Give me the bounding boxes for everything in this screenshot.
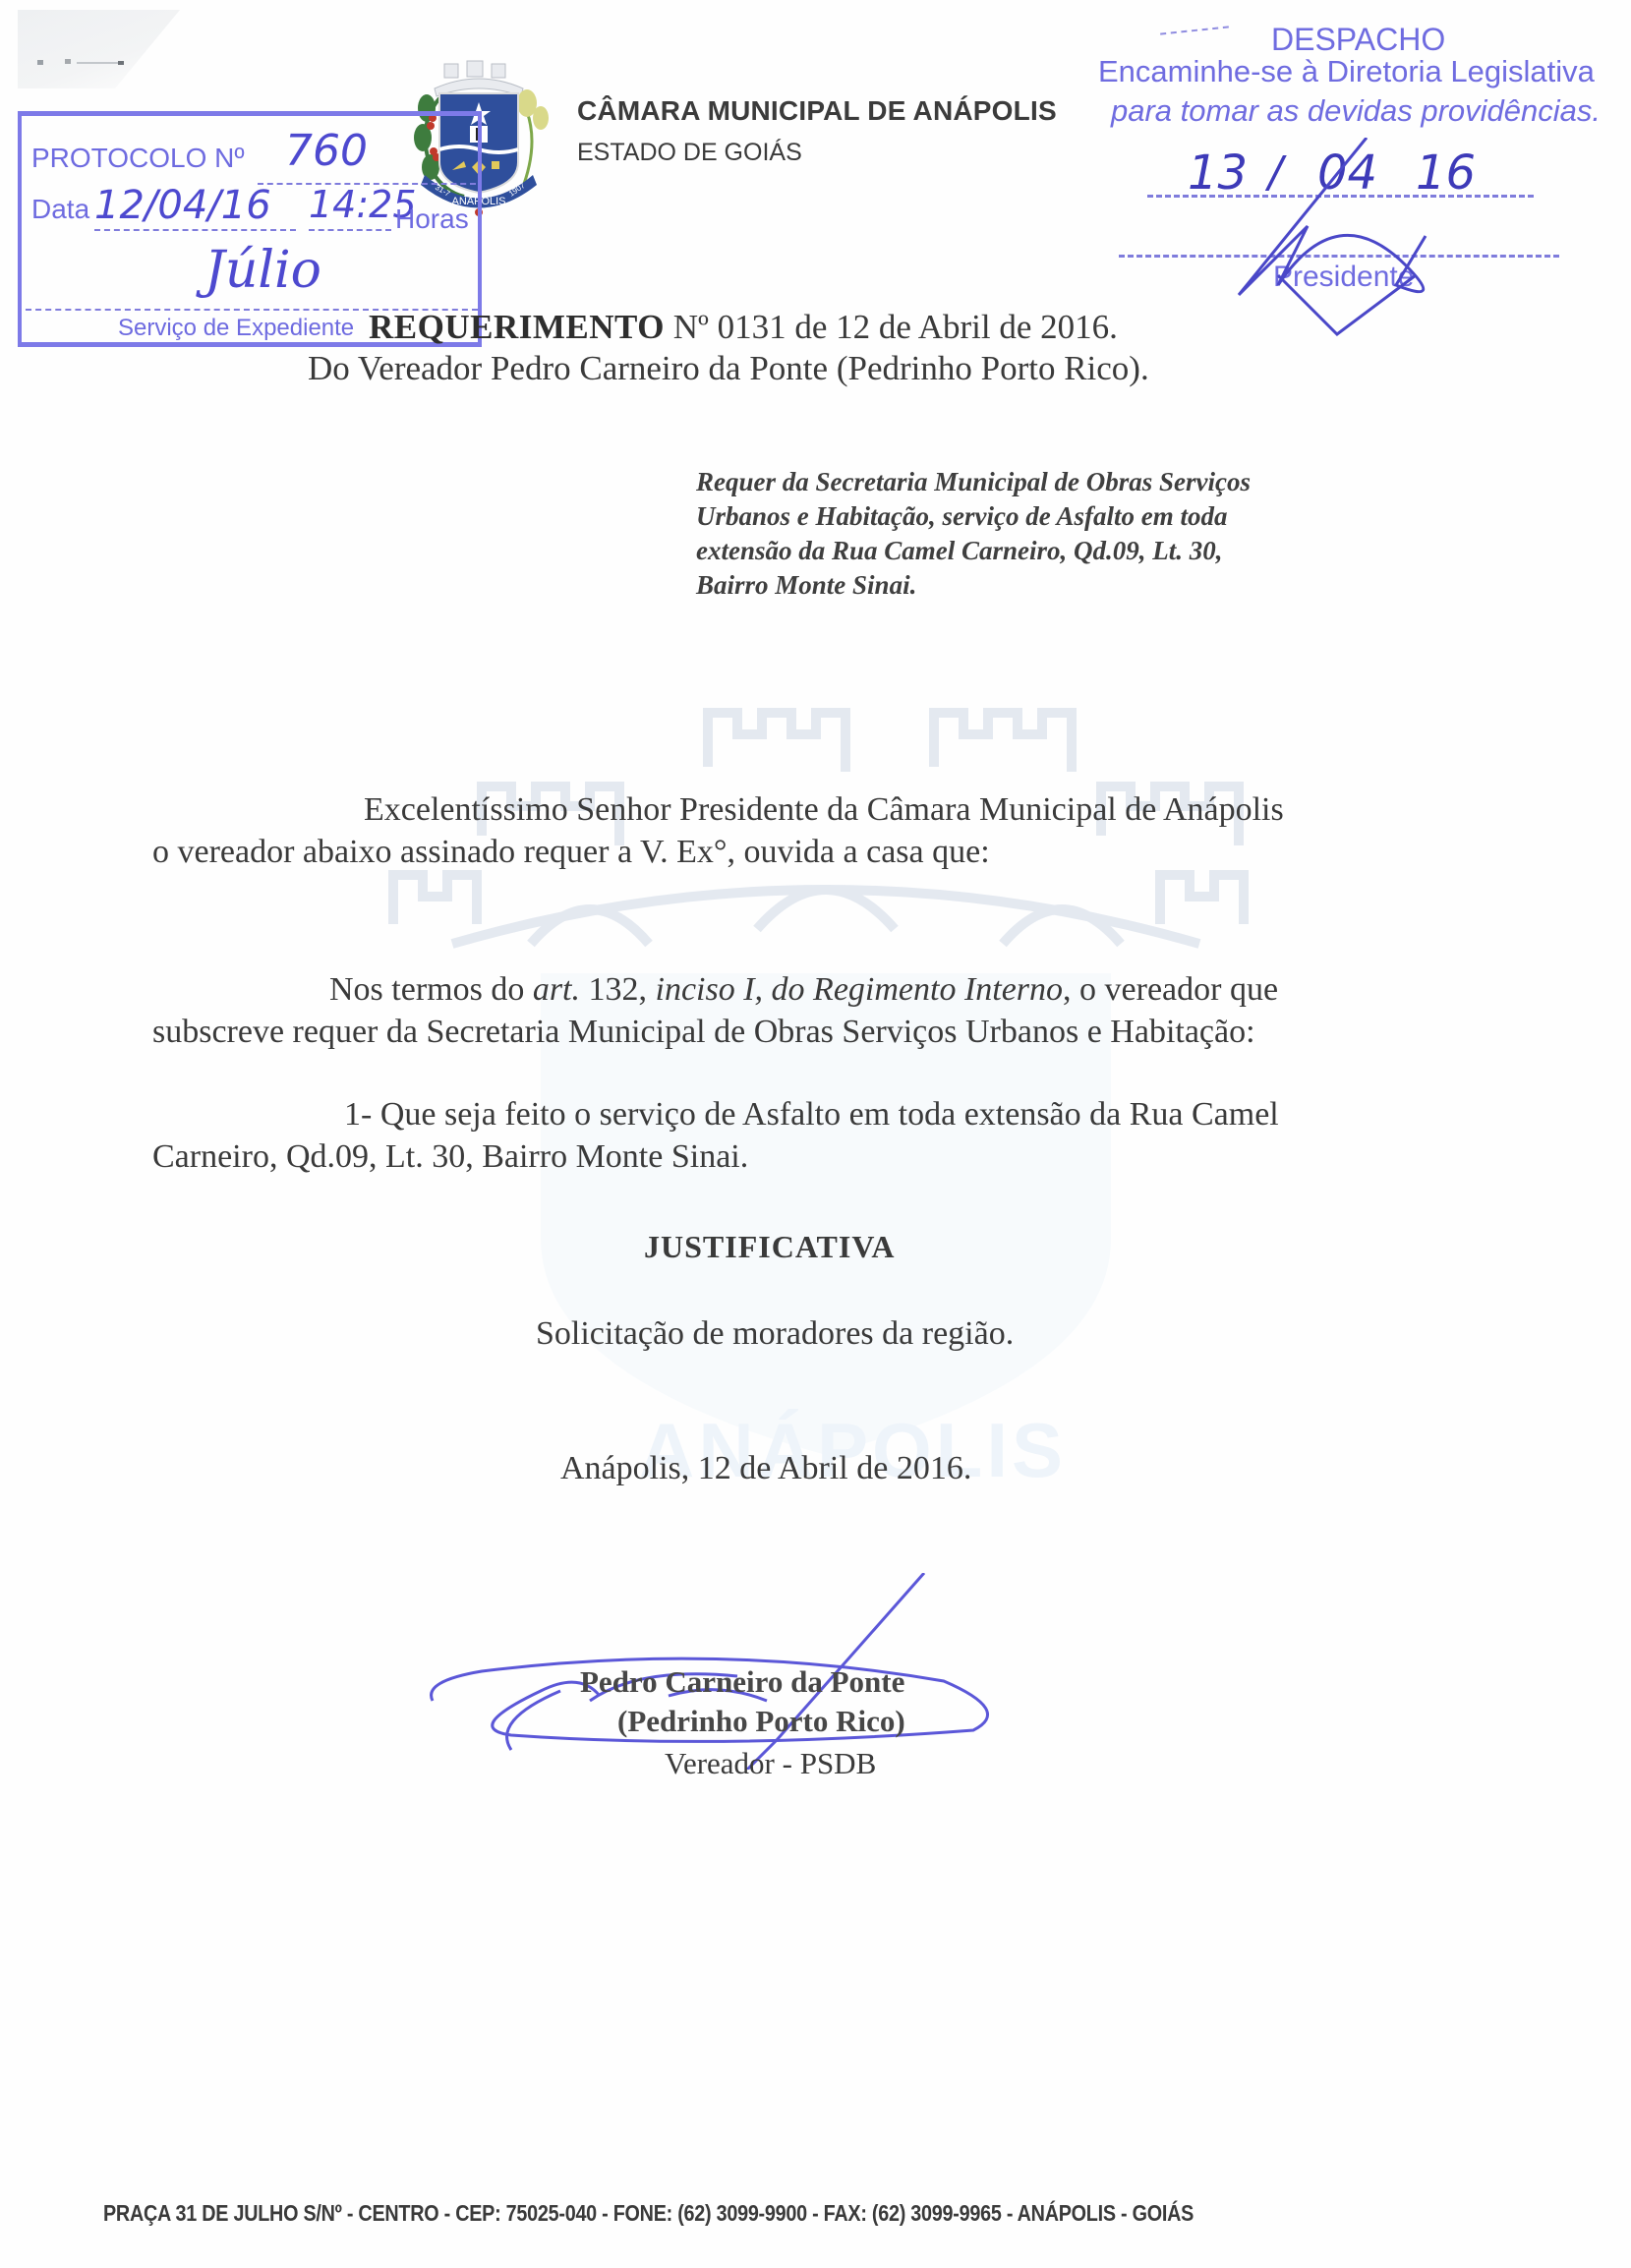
staple-shadow	[18, 10, 180, 88]
justification-text: Solicitação de moradores da região.	[536, 1315, 1014, 1353]
place-date: Anápolis, 12 de Abril de 2016.	[560, 1450, 971, 1487]
president-signature-icon	[1219, 138, 1504, 344]
document-page: ANÁPOLIS ANÁPOLIS 31-7 1907 CÂMAR	[0, 0, 1631, 2268]
footer-address: PRAÇA 31 DE JULHO S/Nº - CENTRO - CEP: 7…	[103, 2200, 1194, 2227]
request-item-line-1: 1- Que seja feito o serviço de Asfalto e…	[344, 1096, 1279, 1134]
document-type: REQUERIMENTO	[369, 308, 665, 346]
terms-line-1: Nos termos do art. 132, inciso I, do Reg…	[329, 971, 1278, 1009]
terms-line-2: subscreve requer da Secretaria Municipal…	[152, 1014, 1255, 1051]
document-author: Do Vereador Pedro Carneiro da Ponte (Ped…	[308, 349, 1149, 388]
justification-heading: JUSTIFICATIVA	[644, 1229, 895, 1265]
dispatch-line-2: para tomar as devidas providências.	[1111, 93, 1601, 129]
state-name: ESTADO DE GOIÁS	[577, 139, 802, 167]
signatory-nickname: (Pedrinho Porto Rico)	[617, 1704, 905, 1739]
salutation-line-1: Excelentíssimo Senhor Presidente da Câma…	[364, 791, 1284, 829]
signatory-role: Vereador - PSDB	[665, 1746, 876, 1781]
salutation-line-2: o vereador abaixo assinado requer a V. E…	[152, 834, 990, 871]
summary-line: Urbanos e Habitação, serviço de Asfalto …	[696, 499, 1424, 534]
summary-block: Requer da Secretaria Municipal de Obras …	[696, 465, 1424, 603]
dispatch-title: DESPACHO	[1271, 22, 1445, 58]
summary-line: Bairro Monte Sinai.	[696, 568, 1424, 603]
date-label: Data	[31, 194, 89, 225]
staple-icon	[37, 59, 128, 65]
receiver-signature: Júlio	[204, 241, 321, 300]
request-item-line-2: Carneiro, Qd.09, Lt. 30, Bairro Monte Si…	[152, 1138, 748, 1176]
signatory-name: Pedro Carneiro da Ponte	[580, 1664, 904, 1700]
institution-name: CÂMARA MUNICIPAL DE ANÁPOLIS	[577, 95, 1057, 127]
summary-line: Requer da Secretaria Municipal de Obras …	[696, 465, 1424, 499]
summary-line: extensão da Rua Camel Carneiro, Qd.09, L…	[696, 534, 1424, 568]
time-line	[309, 229, 391, 231]
protocol-number: 760	[285, 126, 368, 176]
hours-label: Horas	[395, 204, 469, 235]
dispatch-line-1: Encaminhe-se à Diretoria Legislativa	[1098, 54, 1595, 89]
dispatch-mark	[1160, 26, 1229, 34]
document-title: REQUERIMENTO Nº 0131 de 12 de Abril de 2…	[369, 308, 1118, 347]
protocol-label: PROTOCOLO Nº	[31, 143, 245, 174]
date-value: 12/04/16	[94, 183, 271, 228]
date-line	[94, 229, 296, 231]
document-number: Nº 0131 de 12 de Abril de 2016.	[673, 308, 1118, 346]
department-label: Serviço de Expediente	[118, 315, 354, 342]
